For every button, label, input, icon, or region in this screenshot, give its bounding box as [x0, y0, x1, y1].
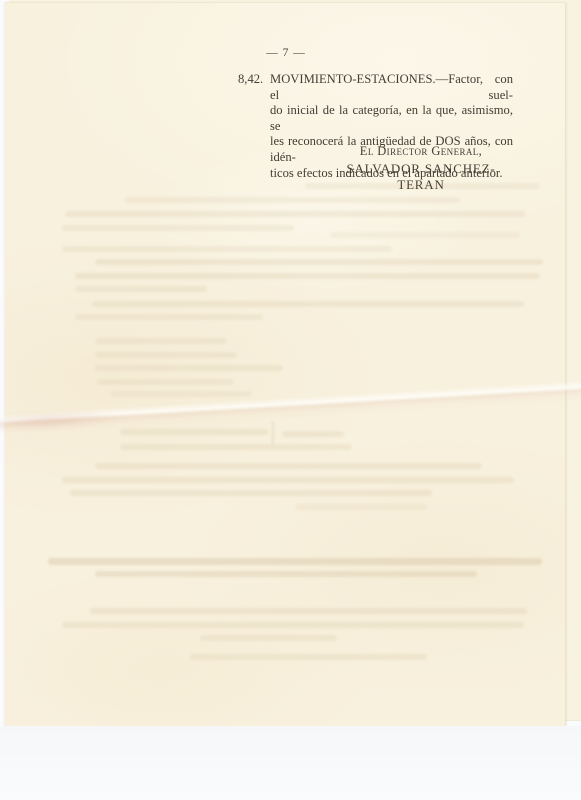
ghost-line — [92, 301, 524, 307]
ghost-line — [62, 477, 514, 483]
paper-sheet: — 7 — 8,42. MOVIMIENTO-ESTACIONES.—Facto… — [5, 2, 566, 727]
ghost-line — [120, 444, 352, 450]
signature-block: El Director General, SALVADOR SANCHEZ-TE… — [330, 144, 512, 193]
ghost-line — [295, 504, 427, 510]
ghost-line — [62, 622, 524, 628]
clause-text-line: do inicial de la categoría, en la que, a… — [270, 103, 513, 134]
scanner-background — [0, 726, 581, 800]
ghost-line — [75, 286, 207, 292]
ghost-line — [282, 431, 344, 437]
ghost-line — [95, 259, 543, 265]
ghost-line — [272, 421, 274, 445]
ghost-line — [65, 211, 525, 217]
ghost-line — [48, 558, 542, 565]
ghost-line — [95, 365, 283, 371]
ghost-line — [95, 571, 477, 577]
ghost-line — [75, 314, 263, 320]
ghost-line — [95, 338, 227, 344]
scanned-document-page: — 7 — 8,42. MOVIMIENTO-ESTACIONES.—Facto… — [0, 0, 581, 800]
ghost-line — [200, 635, 337, 641]
ghost-line — [120, 429, 268, 435]
ghost-line — [330, 232, 520, 238]
page-number: — 7 — — [186, 47, 386, 59]
ghost-line — [97, 379, 234, 385]
clause-number: 8,42. — [238, 72, 270, 181]
signature-name: SALVADOR SANCHEZ-TERAN — [330, 161, 512, 193]
ghost-line — [125, 197, 460, 203]
ghost-line — [75, 273, 540, 279]
ghost-line — [70, 490, 432, 496]
ghost-line — [95, 352, 237, 358]
ghost-line — [62, 246, 392, 252]
ghost-line — [95, 463, 482, 469]
fold-crease — [0, 369, 581, 440]
ghost-line — [90, 608, 527, 614]
ghost-line — [190, 654, 427, 660]
signature-title: El Director General, — [330, 144, 512, 159]
clause-text-line: MOVIMIENTO-ESTACIONES.—Factor, con el su… — [270, 72, 513, 103]
ghost-line — [110, 391, 252, 397]
fold-crease-smudge — [0, 404, 175, 433]
ghost-line — [62, 225, 294, 231]
